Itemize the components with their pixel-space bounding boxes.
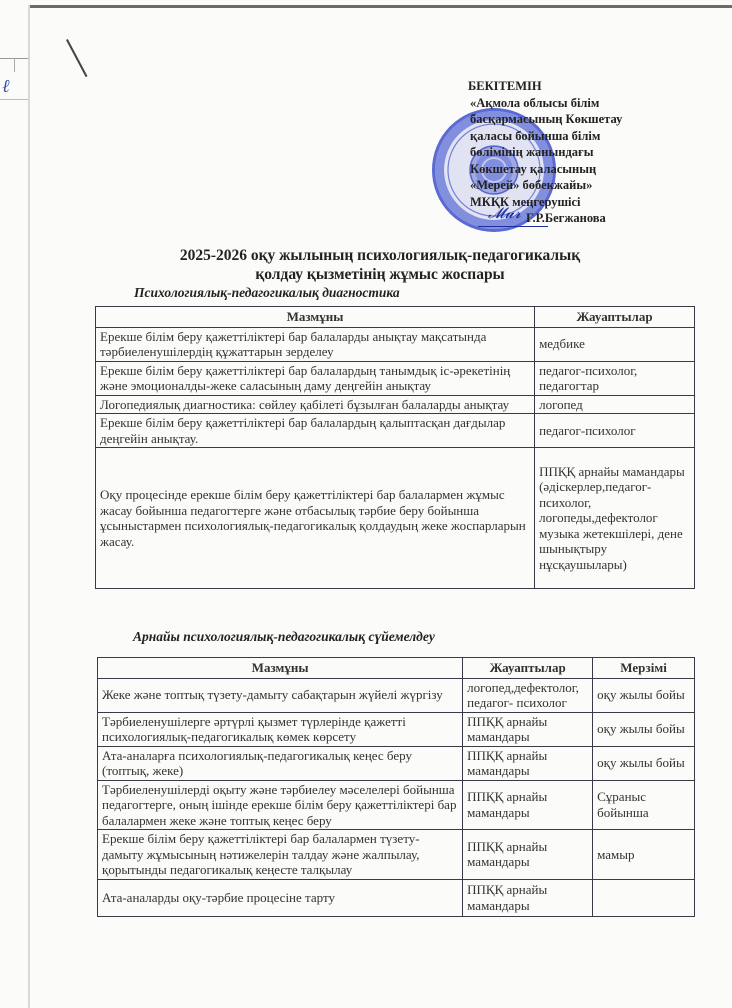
cell-responsible: ППҚҚ арнайы мамандары [463, 712, 593, 746]
cell-deadline: оқу жылы бойы [593, 678, 695, 712]
support-table: Мазмұны Жауаптылар Мерзімі Жеке және топ… [97, 657, 695, 917]
column-header-deadline: Мерзімі [593, 658, 695, 679]
title-line-1: 2025-2026 оқу жылының психологиялық-педа… [120, 246, 640, 265]
approval-heading: БЕКІТЕМІН [468, 78, 622, 95]
cell-content: Ерекше білім беру қажеттіліктері бар бал… [96, 414, 535, 448]
diagnostics-table: Мазмұны Жауаптылар Ерекше білім беру қаж… [95, 306, 695, 589]
cell-responsible: логопед [535, 395, 695, 414]
cell-responsible: ППҚҚ арнайы мамандары [463, 879, 593, 916]
approval-line: басқармасының Көкшетау [468, 111, 622, 128]
page-edge [30, 5, 732, 8]
table-row: Ерекше білім беру қажеттіліктері бар бал… [96, 414, 695, 448]
cell-deadline: Сұраныс бойынша [593, 780, 695, 830]
column-header-responsible: Жауаптылар [535, 307, 695, 328]
cell-deadline: оқу жылы бойы [593, 712, 695, 746]
table-row: Тәрбиеленушілерге әртүрлі қызмет түрлері… [98, 712, 695, 746]
approval-line: бөлімінің жанындағы [468, 144, 622, 161]
table-row: Оқу процесінде ерекше білім беру қажетті… [96, 448, 695, 589]
column-header-content: Мазмұны [98, 658, 463, 679]
cell-responsible: ППҚҚ арнайы мамандары [463, 830, 593, 880]
table-header-row: Мазмұны Жауаптылар [96, 307, 695, 328]
cell-content: Ата-аналарға психологиялық-педагогикалық… [98, 746, 463, 780]
cell-deadline [593, 879, 695, 916]
cell-content: Оқу процесінде ерекше білім беру қажетті… [96, 448, 535, 589]
cell-content: Ерекше білім беру қажеттіліктері бар бал… [96, 327, 535, 361]
cell-responsible: педагог-психолог, педагогтар [535, 361, 695, 395]
approval-line: «Ақмола облысы білім [468, 95, 622, 112]
document-title: 2025-2026 оқу жылының психологиялық-педа… [120, 246, 640, 284]
table-row: Логопедиялық диагностика: сөйлеу қабілет… [96, 395, 695, 414]
approval-line: Көкшетау қаласының [468, 161, 622, 178]
page-edge-left [28, 5, 30, 1008]
cell-responsible: медбике [535, 327, 695, 361]
cell-responsible: педагог-психолог [535, 414, 695, 448]
cell-content: Ерекше білім беру қажеттіліктері бар бал… [98, 830, 463, 880]
pen-scratch [66, 39, 87, 77]
cell-responsible: ППҚҚ арнайы мамандары [463, 780, 593, 830]
table-row: Тәрбиеленушілерді оқыту және тәрбиелеу м… [98, 780, 695, 830]
signature: 𝓜𝓾𝓻 [478, 212, 548, 227]
section-title-support: Арнайы психологиялық-педагогикалық сүйем… [133, 629, 435, 645]
cell-content: Логопедиялық диагностика: сөйлеу қабілет… [96, 395, 535, 414]
section-title-diagnostics: Психологиялық-педагогикалық диагностика [134, 285, 400, 301]
cell-responsible: логопед,дефектолог, педагог- психолог [463, 678, 593, 712]
underlying-sheet-line [14, 58, 15, 72]
table-row: Ерекше білім беру қажеттіліктері бар бал… [98, 830, 695, 880]
column-header-responsible: Жауаптылар [463, 658, 593, 679]
cell-content: Ерекше білім беру қажеттіліктері бар бал… [96, 361, 535, 395]
cell-content: Ата-аналарды оқу-тәрбие процесіне тарту [98, 879, 463, 916]
signature-scribble-icon: 𝓜𝓾𝓻 [488, 204, 521, 222]
cell-content: Тәрбиеленушілерге әртүрлі қызмет түрлері… [98, 712, 463, 746]
table-row: Жеке және топтық түзету-дамыту сабақтары… [98, 678, 695, 712]
pen-mark: ℓ [2, 76, 10, 97]
approval-line: қаласы бойынша білім [468, 128, 622, 145]
table-row: Ата-аналарға психологиялық-педагогикалық… [98, 746, 695, 780]
table-header-row: Мазмұны Жауаптылар Мерзімі [98, 658, 695, 679]
cell-deadline: оқу жылы бойы [593, 746, 695, 780]
table-row: Ерекше білім беру қажеттіліктері бар бал… [96, 361, 695, 395]
table-row: Ерекше білім беру қажеттіліктері бар бал… [96, 327, 695, 361]
cell-responsible: ППҚҚ арнайы мамандары (әдіскерлер,педаго… [535, 448, 695, 589]
approval-line: «Мерей» бөбекжайы» [468, 177, 622, 194]
cell-content: Тәрбиеленушілерді оқыту және тәрбиелеу м… [98, 780, 463, 830]
column-header-content: Мазмұны [96, 307, 535, 328]
table-row: Ата-аналарды оқу-тәрбие процесіне тарту … [98, 879, 695, 916]
cell-responsible: ППҚҚ арнайы мамандары [463, 746, 593, 780]
cell-deadline: мамыр [593, 830, 695, 880]
title-line-2: қолдау қызметінің жұмыс жоспары [120, 265, 640, 284]
cell-content: Жеке және топтық түзету-дамыту сабақтары… [98, 678, 463, 712]
